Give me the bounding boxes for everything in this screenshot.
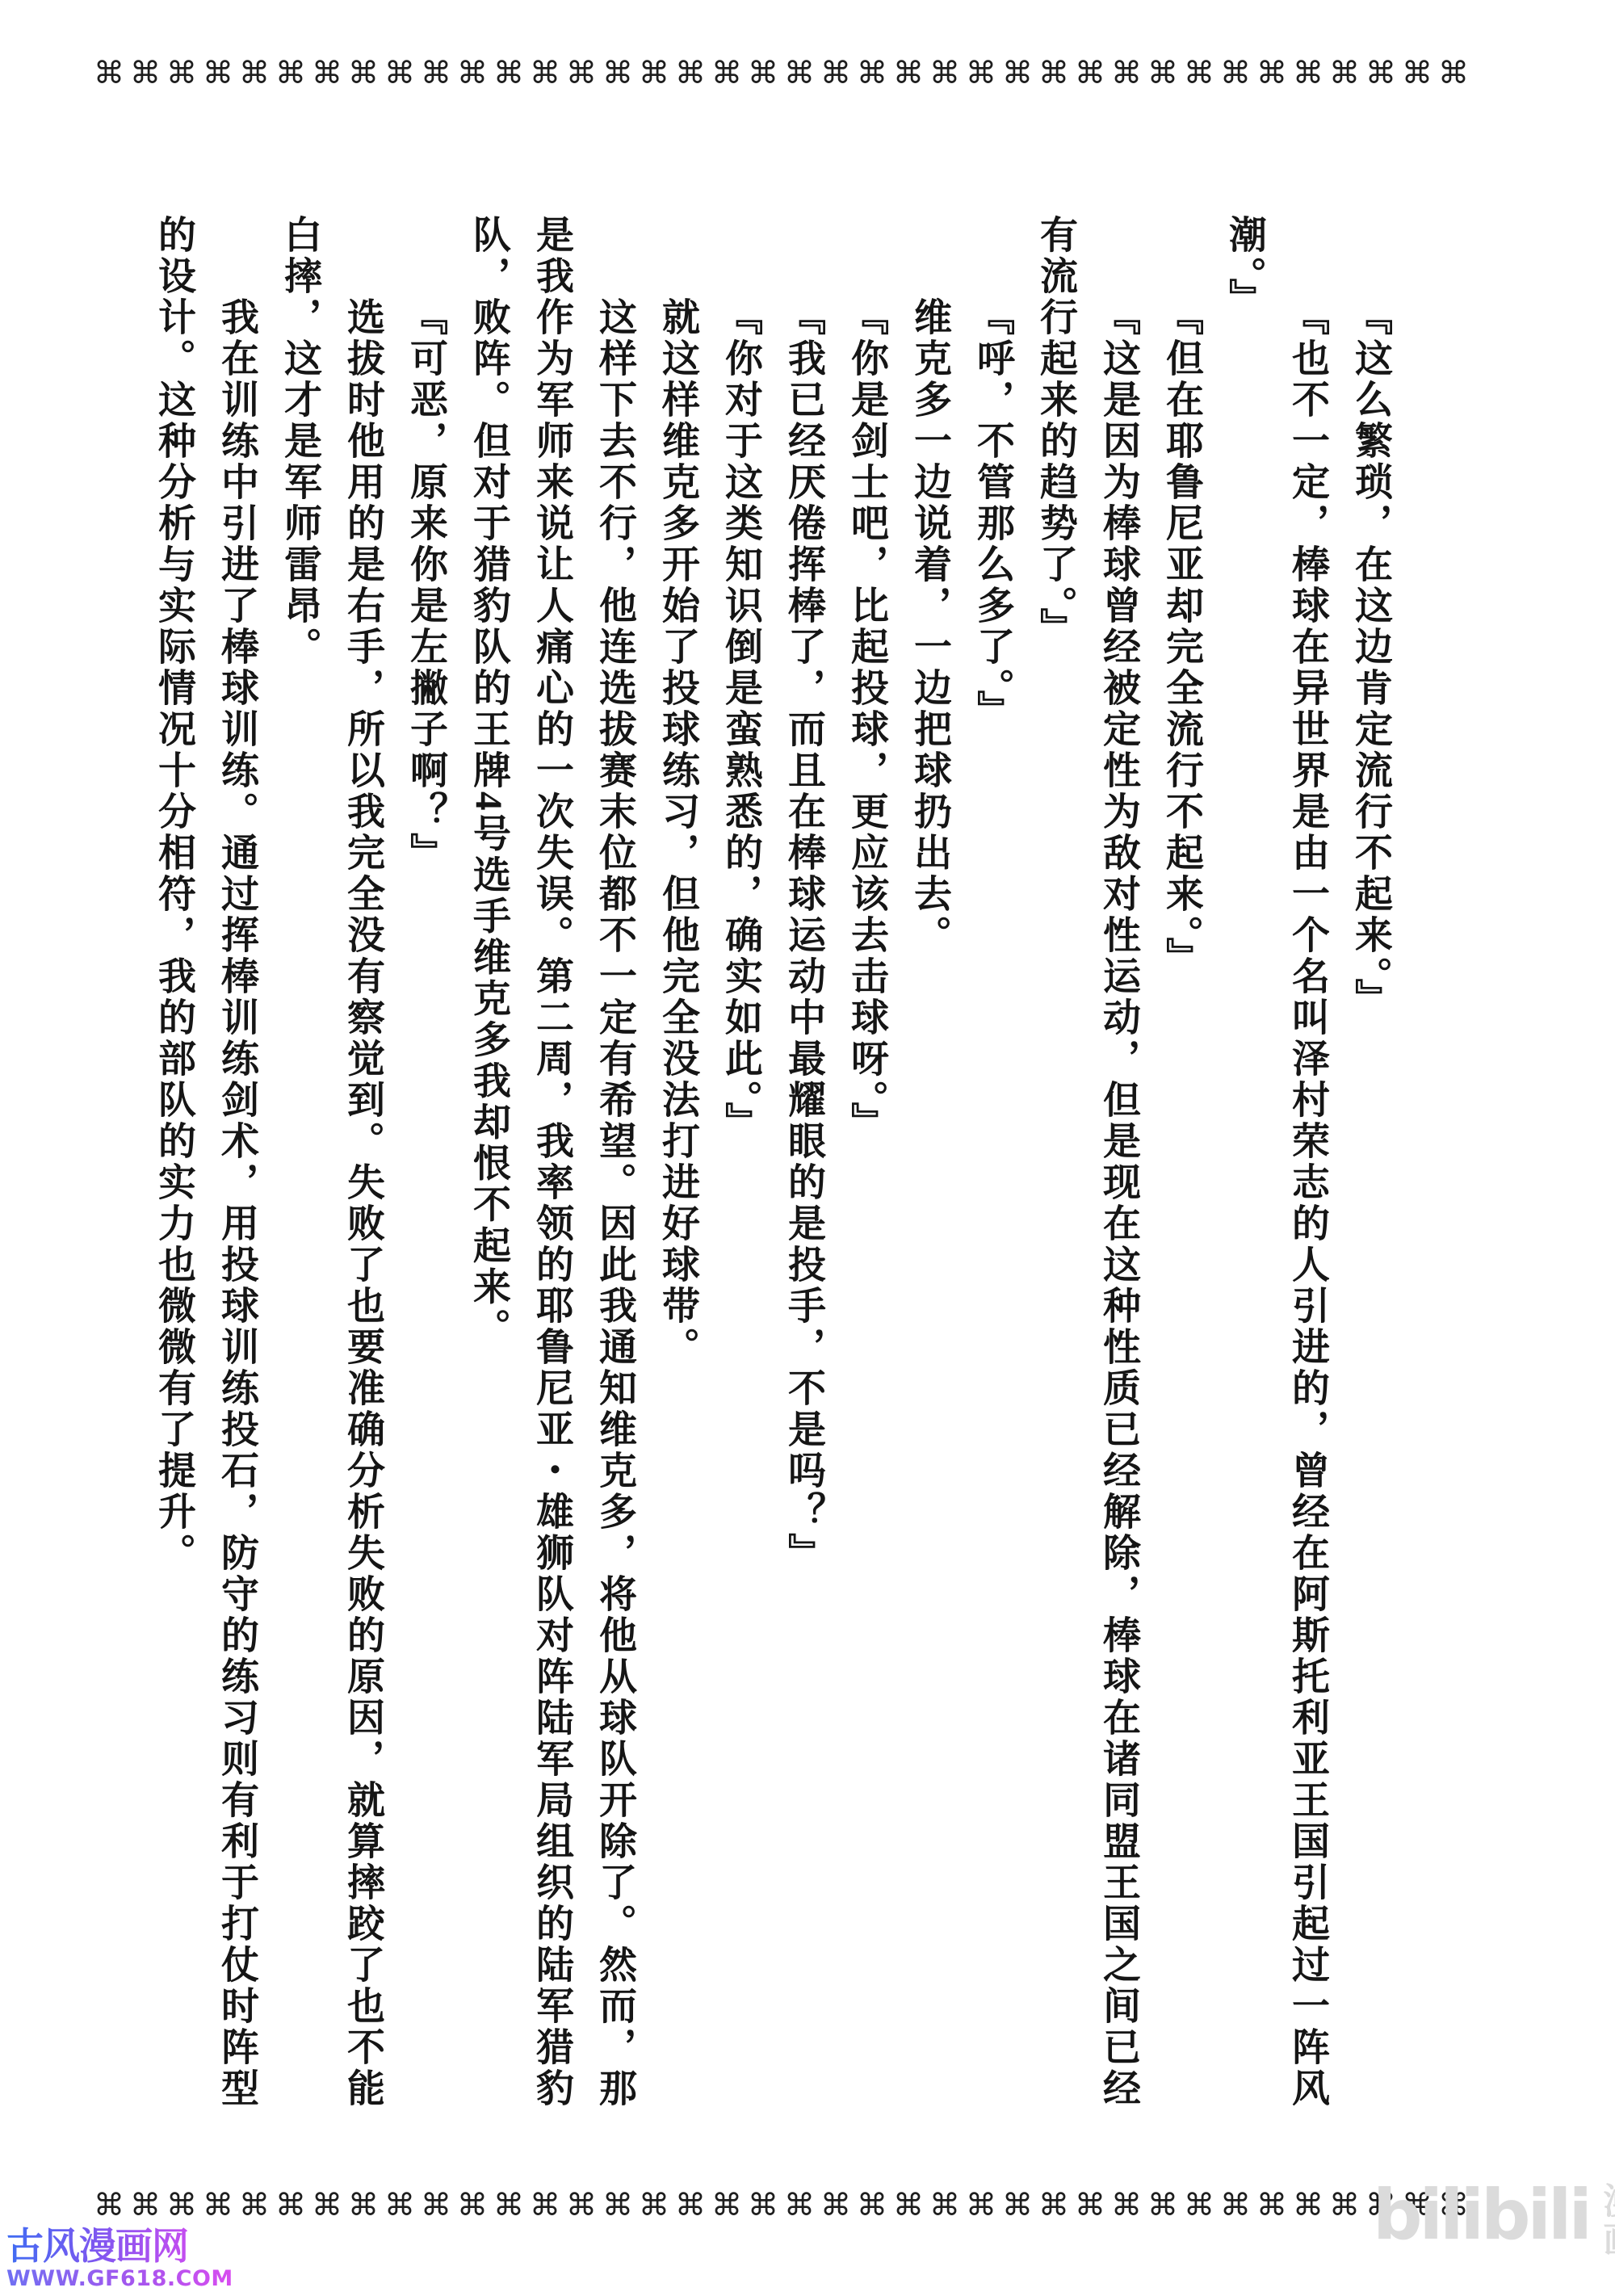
paragraph: 『这么繁琐，在这边肯定流行不起来。』 (1339, 215, 1402, 2109)
paragraph: 选拔时他用的是右手，所以我完全没有察觉到。失败了也要准确分析失败的原因，就算摔跤… (268, 215, 394, 2109)
paragraph: 『但在耶鲁尼亚却完全流行不起来。』 (1150, 215, 1213, 2109)
paragraph: 我在训练中引进了棒球训练。通过挥棒训练剑术，用投球训练投石，防守的练习则有利于打… (142, 215, 268, 2109)
bilibili-manhua-label: 漫画 (1597, 2182, 1615, 2260)
gufeng-site-url: WWW.GF618.COM (6, 2266, 233, 2291)
novel-text-block: 『这么繁琐，在这边肯定流行不起来。』『也不一定，棒球在异世界是由一个名叫泽村荣志… (142, 215, 1402, 2109)
paragraph: 『也不一定，棒球在异世界是由一个名叫泽村荣志的人引进的，曾经在阿斯托利亚王国引起… (1213, 215, 1339, 2109)
paragraph: 维克多一边说着，一边把球扔出去。 (898, 215, 961, 2109)
paragraph: 『我已经厌倦挥棒了，而且在棒球运动中最耀眼的是投手，不是吗？』 (772, 215, 835, 2109)
paragraph: 这样下去不行，他连选拔赛末位都不一定有希望。因此我通知维克多，将他从球队开除了。… (457, 215, 646, 2109)
paragraph: 『你是剑士吧，比起投球，更应该去击球呀。』 (835, 215, 898, 2109)
paragraph: 『可恶，原来你是左撇子啊？』 (394, 215, 457, 2109)
bilibili-logo-text: bilibili (1373, 2176, 1589, 2256)
bilibili-watermark: bilibili 漫画 (1373, 2176, 1615, 2260)
paragraph: 就这样维克多开始了投球练习，但他完全没法打进好球带。 (646, 215, 709, 2109)
decorative-border-bottom: ⌘⌘⌘⌘⌘⌘⌘⌘⌘⌘⌘⌘⌘⌘⌘⌘⌘⌘⌘⌘⌘⌘⌘⌘⌘⌘⌘⌘⌘⌘⌘⌘⌘⌘⌘⌘⌘⌘⌘⌘… (94, 2185, 1471, 2224)
paragraph: 『这是因为棒球曾经被定性为敌对性运动，但是现在这种性质已经解除，棒球在诸同盟王国… (1024, 215, 1150, 2109)
gufeng-logo-text: 古风漫画网 (6, 2226, 233, 2267)
gufeng-watermark: 古风漫画网 WWW.GF618.COM (6, 2226, 233, 2291)
paragraph: 『呼，不管那么多了。』 (961, 215, 1024, 2109)
decorative-border-top: ⌘⌘⌘⌘⌘⌘⌘⌘⌘⌘⌘⌘⌘⌘⌘⌘⌘⌘⌘⌘⌘⌘⌘⌘⌘⌘⌘⌘⌘⌘⌘⌘⌘⌘⌘⌘⌘⌘⌘⌘… (94, 53, 1471, 92)
novel-page: ⌘⌘⌘⌘⌘⌘⌘⌘⌘⌘⌘⌘⌘⌘⌘⌘⌘⌘⌘⌘⌘⌘⌘⌘⌘⌘⌘⌘⌘⌘⌘⌘⌘⌘⌘⌘⌘⌘⌘⌘… (0, 0, 1615, 2296)
paragraph: 『你对于这类知识倒是蛮熟悉的，确实如此。』 (709, 215, 772, 2109)
